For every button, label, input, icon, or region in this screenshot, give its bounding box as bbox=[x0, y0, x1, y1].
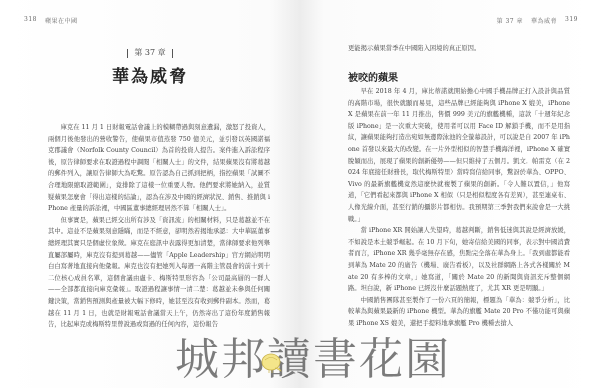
chapter-number: 第 37 章 bbox=[134, 48, 165, 57]
paragraph: 庫克在 11 月 1 日財報電話會議上的模糊帶過與刻意遺漏，激怒了投資人，兩個月… bbox=[48, 122, 270, 215]
bird-mascot-icon bbox=[259, 352, 285, 374]
paragraph: 更能揭示蘋果當季在中國陷入困境的真正原因。 bbox=[348, 43, 570, 55]
running-head-right: 第 37 章 華為威脅 319 bbox=[497, 16, 578, 25]
chapter-label: 第 37 章 bbox=[0, 47, 300, 58]
page-number: 319 bbox=[565, 16, 578, 25]
paragraph: 但事實是，蘋果已經交出所有涉及「資訊流」的相關材料，只是葛越並不在其中。這並不是… bbox=[48, 215, 270, 331]
section-heading: 被咬的蘋果 bbox=[348, 69, 398, 84]
divider bbox=[172, 49, 173, 58]
intro-text: 更能揭示蘋果當季在中國陷入困境的真正原因。 bbox=[348, 43, 570, 55]
running-title: 華為威脅 bbox=[531, 16, 557, 25]
running-chapter: 第 37 章 bbox=[497, 16, 523, 25]
running-title: 蘋果在中國 bbox=[45, 16, 78, 25]
divider bbox=[127, 49, 128, 58]
running-head-left: 318 蘋果在中國 bbox=[24, 16, 77, 25]
paragraph: 當 iPhone XR 開始讓人失望時，葛越判斷，銷售低迷與其說是經濟放緩，不如… bbox=[348, 225, 570, 295]
chapter-title: 華為威脅 bbox=[0, 62, 300, 87]
page-number: 318 bbox=[24, 16, 37, 25]
paragraph: 早在 2018 年 4 月，庫比蒂諾就開始擔心中國手機品牌正打入設計與品質的高階… bbox=[348, 86, 570, 225]
watermark: 城邦讀書花園 bbox=[175, 323, 451, 387]
body-text-right: 早在 2018 年 4 月，庫比蒂諾就開始擔心中國手機品牌正打入設計與品質的高階… bbox=[348, 86, 570, 329]
body-text-left: 庫克在 11 月 1 日財報電話會議上的模糊帶過與刻意遺漏，激怒了投資人，兩個月… bbox=[48, 122, 270, 331]
